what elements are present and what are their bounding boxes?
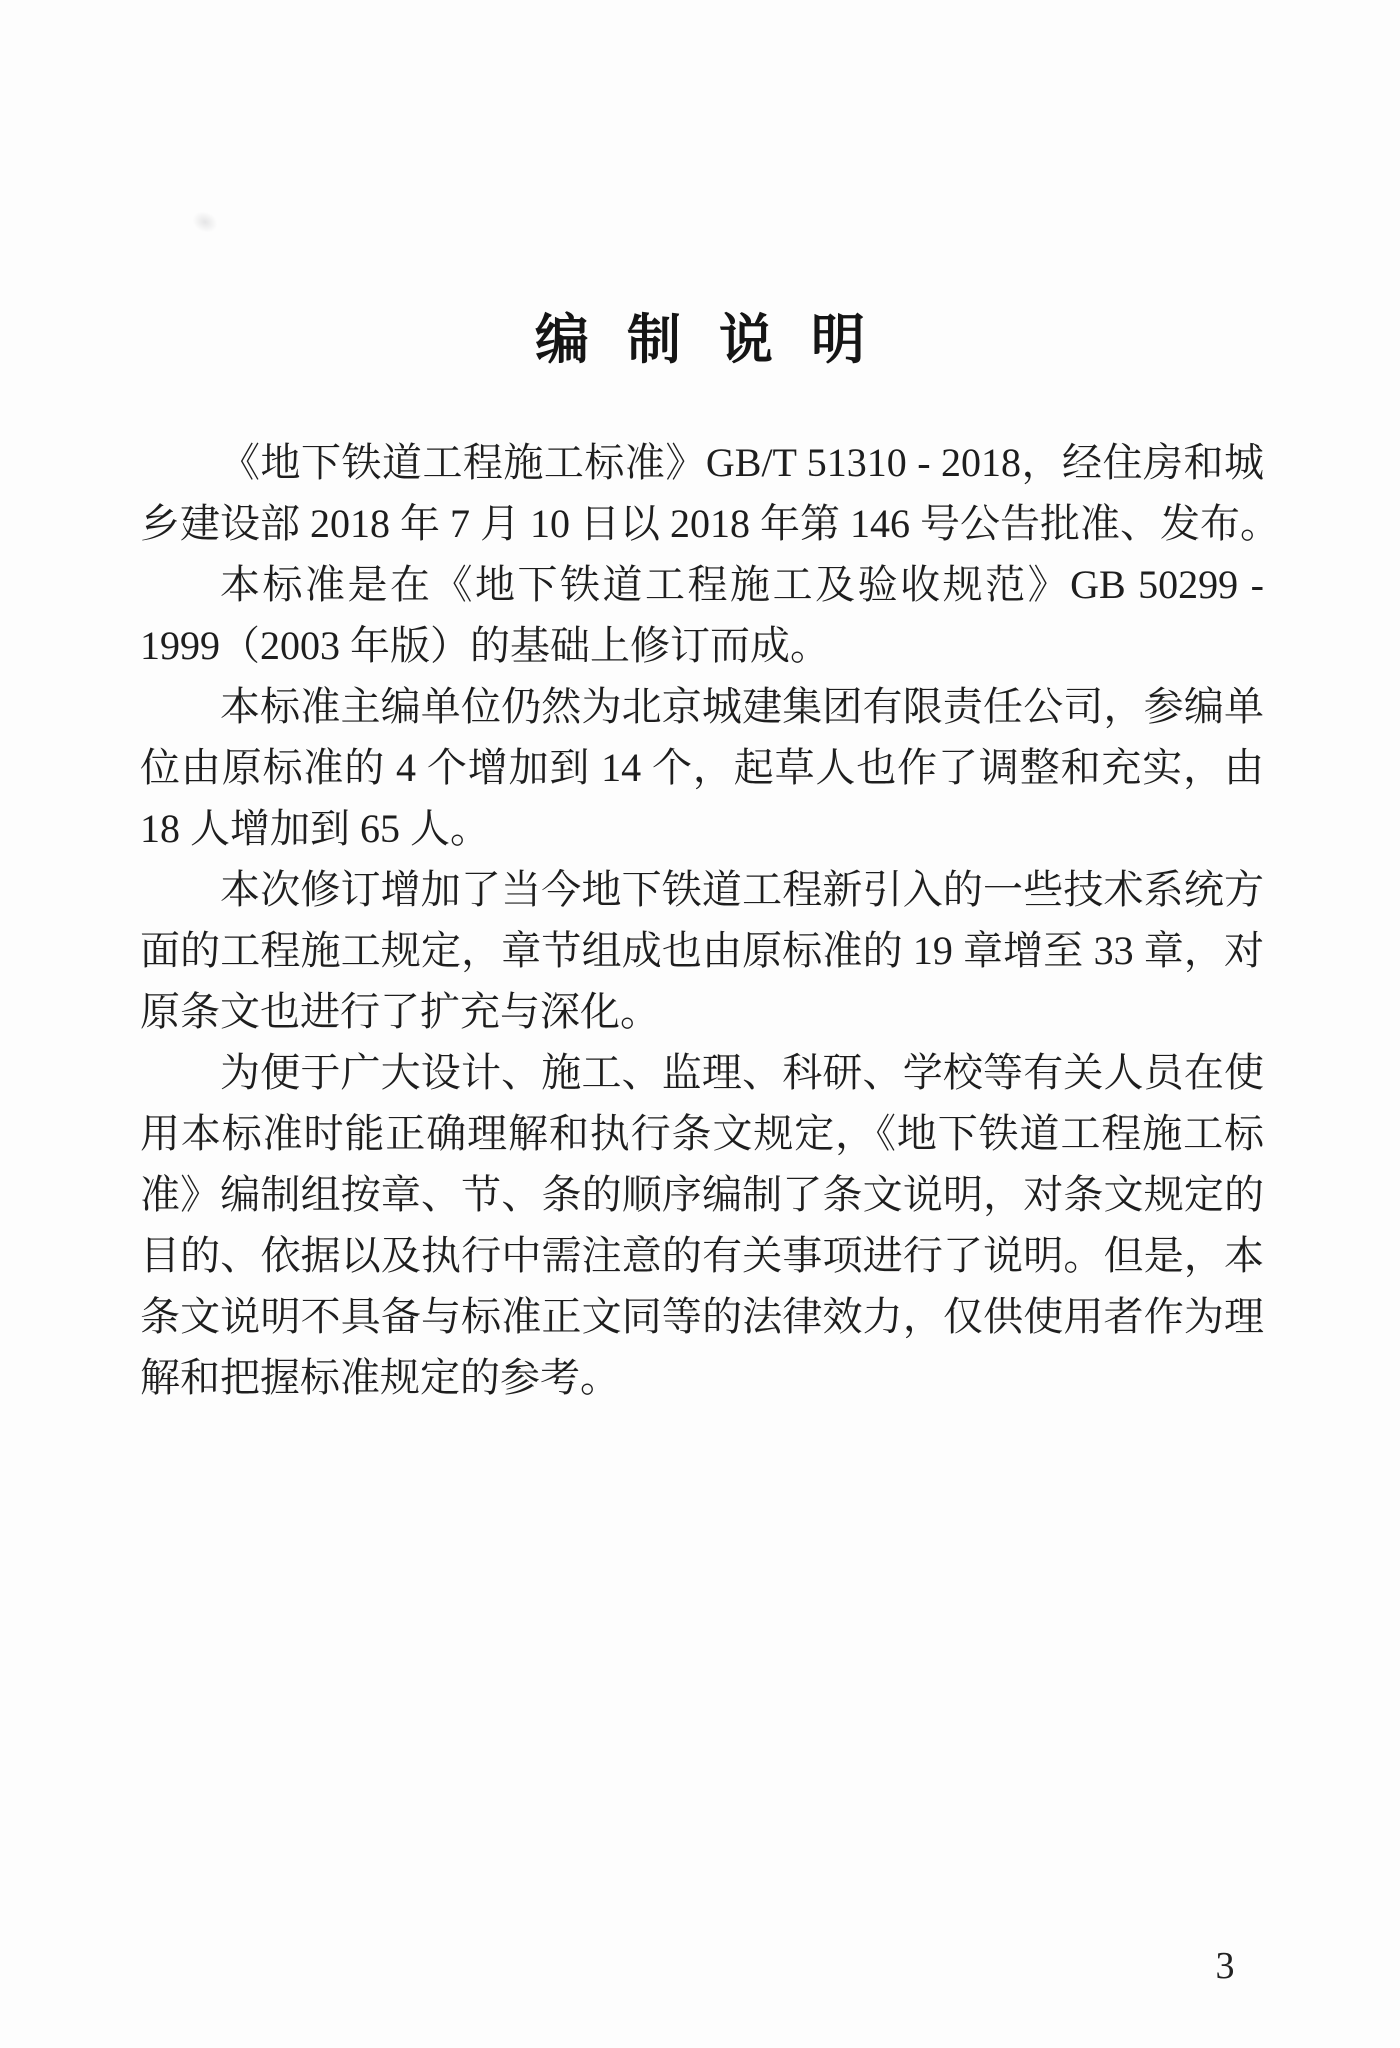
paragraph-line: 准》编制组按章、节、条的顺序编制了条文说明，对条文规定的 <box>140 1164 1264 1225</box>
paragraph-line: 用本标准时能正确理解和执行条文规定，《地下铁道工程施工标 <box>140 1103 1264 1164</box>
paragraph-line: 本次修订增加了当今地下铁道工程新引入的一些技术系统方 <box>140 859 1264 920</box>
paragraph-line: 条文说明不具备与标准正文同等的法律效力，仅供使用者作为理 <box>140 1286 1264 1347</box>
paragraph-line: 位由原标准的 4 个增加到 14 个，起草人也作了调整和充实，由 <box>140 737 1264 798</box>
paragraph-line: 原条文也进行了扩充与深化。 <box>140 981 1264 1042</box>
page-number: 3 <box>1180 1938 1270 1994</box>
paragraph-line: 《地下铁道工程施工标准》GB/T 51310 - 2018，经住房和城 <box>140 432 1264 493</box>
page-title: 编制说明 <box>19 304 1400 376</box>
paragraph-line: 为便于广大设计、施工、监理、科研、学校等有关人员在使 <box>140 1042 1264 1103</box>
scan-smudge-artifact <box>189 207 221 236</box>
paragraph-line: 本标准主编单位仍然为北京城建集团有限责任公司，参编单 <box>140 676 1264 737</box>
paragraph-line: 乡建设部 2018 年 7 月 10 日以 2018 年第 146 号公告批准、… <box>140 493 1264 554</box>
paragraph-line: 18 人增加到 65 人。 <box>140 798 1264 859</box>
paragraph-line: 本标准是在《地下铁道工程施工及验收规范》GB 50299 - <box>140 554 1264 615</box>
paragraph-line: 面的工程施工规定，章节组成也由原标准的 19 章增至 33 章，对 <box>140 920 1264 981</box>
paragraph-line: 解和把握标准规定的参考。 <box>140 1347 1264 1408</box>
document-page: 编制说明 《地下铁道工程施工标准》GB/T 51310 - 2018，经住房和城… <box>0 0 1400 2048</box>
paragraph-line: 1999（2003 年版）的基础上修订而成。 <box>140 615 1264 676</box>
paragraph-line: 目的、依据以及执行中需注意的有关事项进行了说明。但是，本 <box>140 1225 1264 1286</box>
body-text: 《地下铁道工程施工标准》GB/T 51310 - 2018，经住房和城 乡建设部… <box>140 432 1264 1408</box>
